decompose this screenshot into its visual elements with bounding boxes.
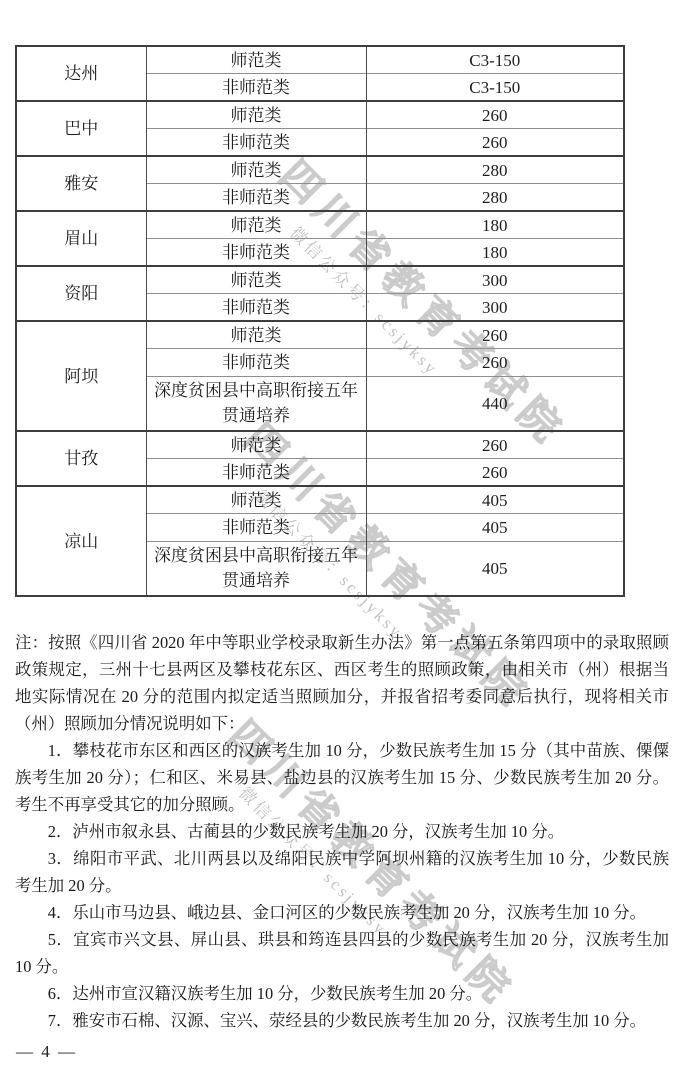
- scores-table-body: 达州师范类C3-150非师范类C3-150巴中师范类260非师范类260雅安师范…: [16, 46, 624, 596]
- note-item: 1．攀枝花市东区和西区的汉族考生加 10 分，少数民族考生加 15 分（其中苗族…: [15, 737, 669, 818]
- category-cell: 师范类: [146, 211, 366, 239]
- table-row: 阿坝师范类260: [16, 321, 624, 349]
- score-cell: C3-150: [366, 74, 624, 102]
- score-cell: 300: [366, 266, 624, 294]
- note-item: 5．宜宾市兴文县、屏山县、珙县和筠连县四县的少数民族考生加 20 分，汉族考生加…: [15, 926, 669, 980]
- table-row: 巴中师范类260: [16, 101, 624, 129]
- score-cell: 260: [366, 129, 624, 157]
- category-cell: 师范类: [146, 266, 366, 294]
- category-cell: 非师范类: [146, 294, 366, 322]
- category-cell: 非师范类: [146, 184, 366, 212]
- score-cell: 280: [366, 184, 624, 212]
- category-cell: 师范类: [146, 321, 366, 349]
- category-cell: 师范类: [146, 46, 366, 74]
- category-cell: 非师范类: [146, 459, 366, 487]
- score-cell: 260: [366, 459, 624, 487]
- score-cell: 180: [366, 211, 624, 239]
- note-item: 7．雅安市石棉、汉源、宝兴、荥经县的少数民族考生加 20 分，汉族考生加 10 …: [15, 1007, 669, 1034]
- score-cell: 405: [366, 514, 624, 542]
- score-cell: 260: [366, 101, 624, 129]
- score-cell: C3-150: [366, 46, 624, 74]
- region-cell: 眉山: [16, 211, 146, 266]
- page-number: — 4 —: [16, 1042, 77, 1062]
- category-cell: 师范类: [146, 431, 366, 459]
- region-cell: 巴中: [16, 101, 146, 156]
- note-item: 4．乐山市马边县、峨边县、金口河区的少数民族考生加 20 分，汉族考生加 10 …: [15, 899, 669, 926]
- score-cell: 260: [366, 321, 624, 349]
- score-cell: 405: [366, 541, 624, 596]
- category-cell: 师范类: [146, 101, 366, 129]
- region-cell: 资阳: [16, 266, 146, 321]
- category-cell: 非师范类: [146, 129, 366, 157]
- table-row: 达州师范类C3-150: [16, 46, 624, 74]
- region-cell: 雅安: [16, 156, 146, 211]
- category-cell: 深度贫困县中高职衔接五年贯通培养: [146, 376, 366, 431]
- note-intro: 注：按照《四川省 2020 年中等职业学校录取新生办法》第一点第五条第四项中的录…: [15, 629, 669, 737]
- category-cell: 非师范类: [146, 514, 366, 542]
- table-row: 凉山师范类405: [16, 486, 624, 514]
- score-cell: 405: [366, 486, 624, 514]
- category-cell: 师范类: [146, 486, 366, 514]
- category-cell: 非师范类: [146, 349, 366, 377]
- score-cell: 280: [366, 156, 624, 184]
- category-cell: 深度贫困县中高职衔接五年贯通培养: [146, 541, 366, 596]
- category-cell: 非师范类: [146, 74, 366, 102]
- document-page: 四川省教育考试院 微信公众号：scsjyksy 四川省教育考试院 微信公众号：s…: [0, 0, 680, 1074]
- score-cell: 260: [366, 349, 624, 377]
- table-row: 雅安师范类280: [16, 156, 624, 184]
- score-cell: 260: [366, 431, 624, 459]
- note-item: 3．绵阳市平武、北川两县以及绵阳民族中学阿坝州籍的汉族考生加 10 分，少数民族…: [15, 845, 669, 899]
- category-cell: 非师范类: [146, 239, 366, 267]
- category-cell: 师范类: [146, 156, 366, 184]
- score-cell: 300: [366, 294, 624, 322]
- note-item: 6．达州市宣汉籍汉族考生加 10 分，少数民族考生加 20 分。: [15, 980, 669, 1007]
- score-cell: 180: [366, 239, 624, 267]
- note-section: 注：按照《四川省 2020 年中等职业学校录取新生办法》第一点第五条第四项中的录…: [15, 629, 669, 1034]
- region-cell: 甘孜: [16, 431, 146, 486]
- admission-scores-table: 达州师范类C3-150非师范类C3-150巴中师范类260非师范类260雅安师范…: [15, 45, 625, 597]
- note-item: 2．泸州市叙永县、古蔺县的少数民族考生加 20 分，汉族考生加 10 分。: [15, 818, 669, 845]
- table-row: 资阳师范类300: [16, 266, 624, 294]
- table-row: 眉山师范类180: [16, 211, 624, 239]
- region-cell: 阿坝: [16, 321, 146, 431]
- note-items: 1．攀枝花市东区和西区的汉族考生加 10 分，少数民族考生加 15 分（其中苗族…: [15, 737, 669, 1034]
- region-cell: 达州: [16, 46, 146, 101]
- score-cell: 440: [366, 376, 624, 431]
- region-cell: 凉山: [16, 486, 146, 596]
- table-row: 甘孜师范类260: [16, 431, 624, 459]
